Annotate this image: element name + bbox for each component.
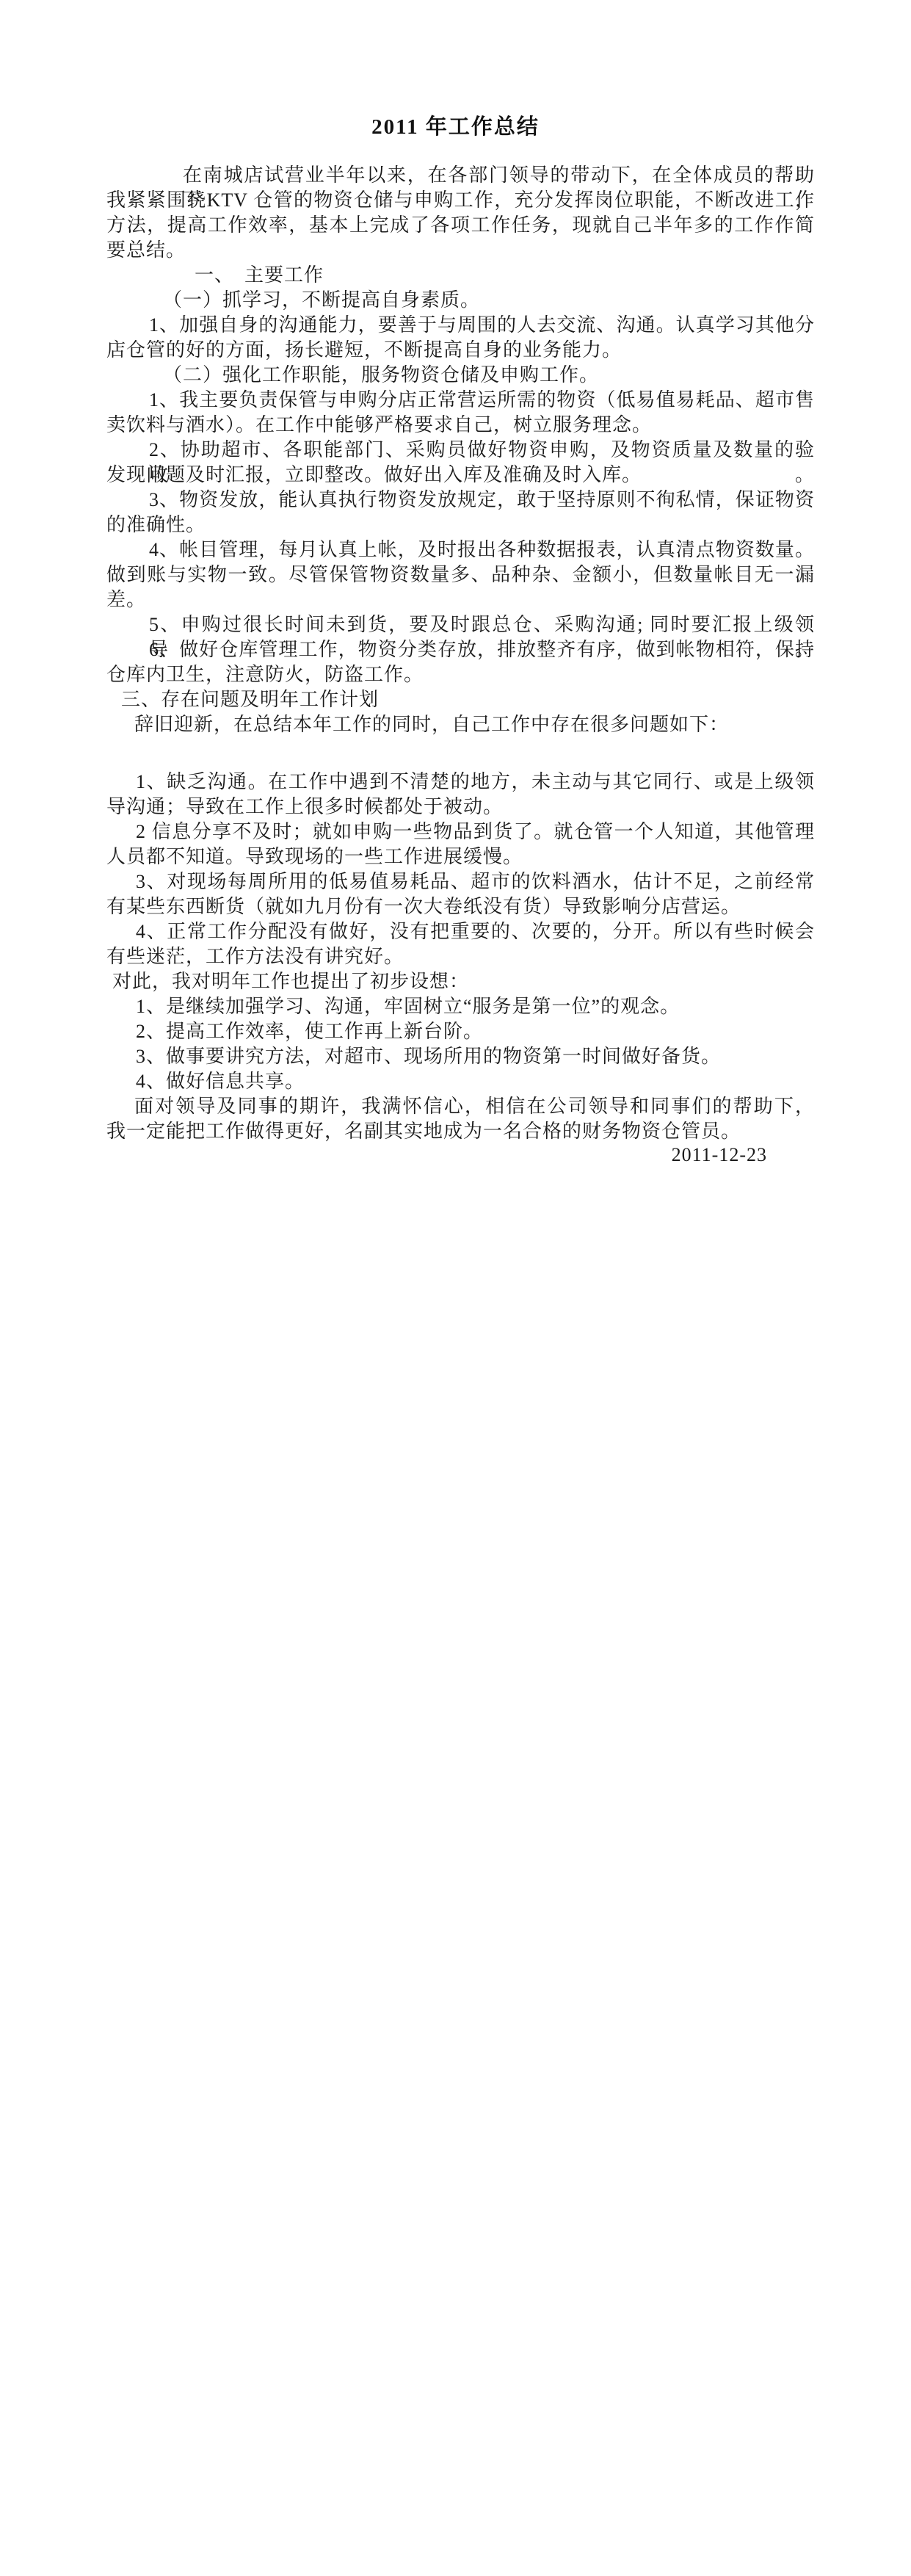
document-line: 店仓管的好的方面，扬长避短，不断提高自身的业务能力。 bbox=[106, 338, 815, 363]
document-line: 有某些东西断货（就如九月份有一次大卷纸没有货）导致影响分店营运。 bbox=[106, 894, 815, 919]
document-line: 4、帐目管理，每月认真上帐，及时报出各种数据报表，认真清点物资数量。 bbox=[106, 538, 815, 562]
document-line: 方法，提高工作效率，基本上完成了各项工作任务，现就自己半年多的工作作简 bbox=[106, 213, 815, 238]
document-title: 2011 年工作总结 bbox=[0, 110, 911, 140]
document-line: 一、 主要工作 bbox=[106, 263, 815, 288]
document-line: 5、申购过很长时间未到货，要及时跟总仓、采购沟通; 同时要汇报上级领导。 bbox=[106, 612, 815, 637]
document-line: 1、加强自身的沟通能力，要善于与周围的人去交流、沟通。认真学习其他分 bbox=[106, 313, 815, 338]
document-line: 对此，我对明年工作也提出了初步设想： bbox=[106, 969, 815, 994]
document-line: 面对领导及同事的期许，我满怀信心，相信在公司领导和同事们的帮助下， bbox=[106, 1094, 815, 1119]
document-line: 2、提高工作效率，使工作再上新台阶。 bbox=[106, 1019, 815, 1044]
document-line: 三、存在问题及明年工作计划 bbox=[106, 687, 815, 712]
document-line: 3、物资发放，能认真执行物资发放规定，敢于坚持原则不徇私情，保证物资 bbox=[106, 488, 815, 513]
document-date: 2011-12-23 bbox=[106, 1144, 767, 1166]
paragraph-gap bbox=[106, 737, 815, 770]
document-line: 导沟通；导致在工作上很多时候都处于被动。 bbox=[106, 795, 815, 820]
document-line: 2、协助超市、各职能部门、采购员做好物资申购，及物资质量及数量的验收。 bbox=[106, 438, 815, 463]
document-line: 差。 bbox=[106, 587, 815, 612]
document-line: 的准确性。 bbox=[106, 513, 815, 538]
document-line: （二）强化工作职能，服务物资仓储及申购工作。 bbox=[106, 363, 815, 388]
document-line: 我紧紧围绕KTV 仓管的物资仓储与申购工作，充分发挥岗位职能，不断改进工作 bbox=[106, 188, 815, 213]
document-body: 在南城店试营业半年以来，在各部门领导的带动下，在全体成员的帮助下，我紧紧围绕KT… bbox=[106, 163, 815, 1144]
document-line: 1、缺乏沟通。在工作中遇到不清楚的地方，未主动与其它同行、或是上级领 bbox=[106, 770, 815, 795]
document-line: 4、正常工作分配没有做好，没有把重要的、次要的，分开。所以有些时候会 bbox=[106, 919, 815, 944]
document-line: 2 信息分享不及时；就如申购一些物品到货了。就仓管一个人知道，其他管理 bbox=[106, 820, 815, 844]
document-line: 1、是继续加强学习、沟通，牢固树立“服务是第一位”的观念。 bbox=[106, 994, 815, 1019]
document-line: 要总结。 bbox=[106, 238, 815, 263]
document-line: 3、做事要讲究方法，对超市、现场所用的物资第一时间做好备货。 bbox=[106, 1044, 815, 1069]
document-line: 在南城店试营业半年以来，在各部门领导的带动下，在全体成员的帮助下， bbox=[106, 163, 815, 188]
document-page: 2011 年工作总结 在南城店试营业半年以来，在各部门领导的带动下，在全体成员的… bbox=[0, 0, 911, 2576]
document-line: 我一定能把工作做得更好，名副其实地成为一名合格的财务物资仓管员。 bbox=[106, 1119, 815, 1144]
document-line: 做到账与实物一致。尽管保管物资数量多、品种杂、金额小，但数量帐目无一漏 bbox=[106, 562, 815, 587]
document-line: 3、对现场每周所用的低易值易耗品、超市的饮料酒水，估计不足，之前经常 bbox=[106, 869, 815, 894]
document-line: 仓库内卫生，注意防火，防盗工作。 bbox=[106, 662, 815, 687]
document-line: （一）抓学习，不断提高自身素质。 bbox=[106, 288, 815, 313]
document-line: 人员都不知道。导致现场的一些工作进展缓慢。 bbox=[106, 844, 815, 869]
document-line: 4、做好信息共享。 bbox=[106, 1069, 815, 1094]
document-line: 6、做好仓库管理工作，物资分类存放，排放整齐有序，做到帐物相符，保持 bbox=[106, 637, 815, 662]
document-line: 有些迷茫，工作方法没有讲究好。 bbox=[106, 944, 815, 969]
document-line: 辞旧迎新，在总结本年工作的同时，自己工作中存在很多问题如下： bbox=[106, 712, 815, 737]
document-line: 1、我主要负责保管与申购分店正常营运所需的物资（低易值易耗品、超市售 bbox=[106, 388, 815, 413]
document-line: 卖饮料与酒水）。在工作中能够严格要求自己，树立服务理念。 bbox=[106, 413, 815, 438]
